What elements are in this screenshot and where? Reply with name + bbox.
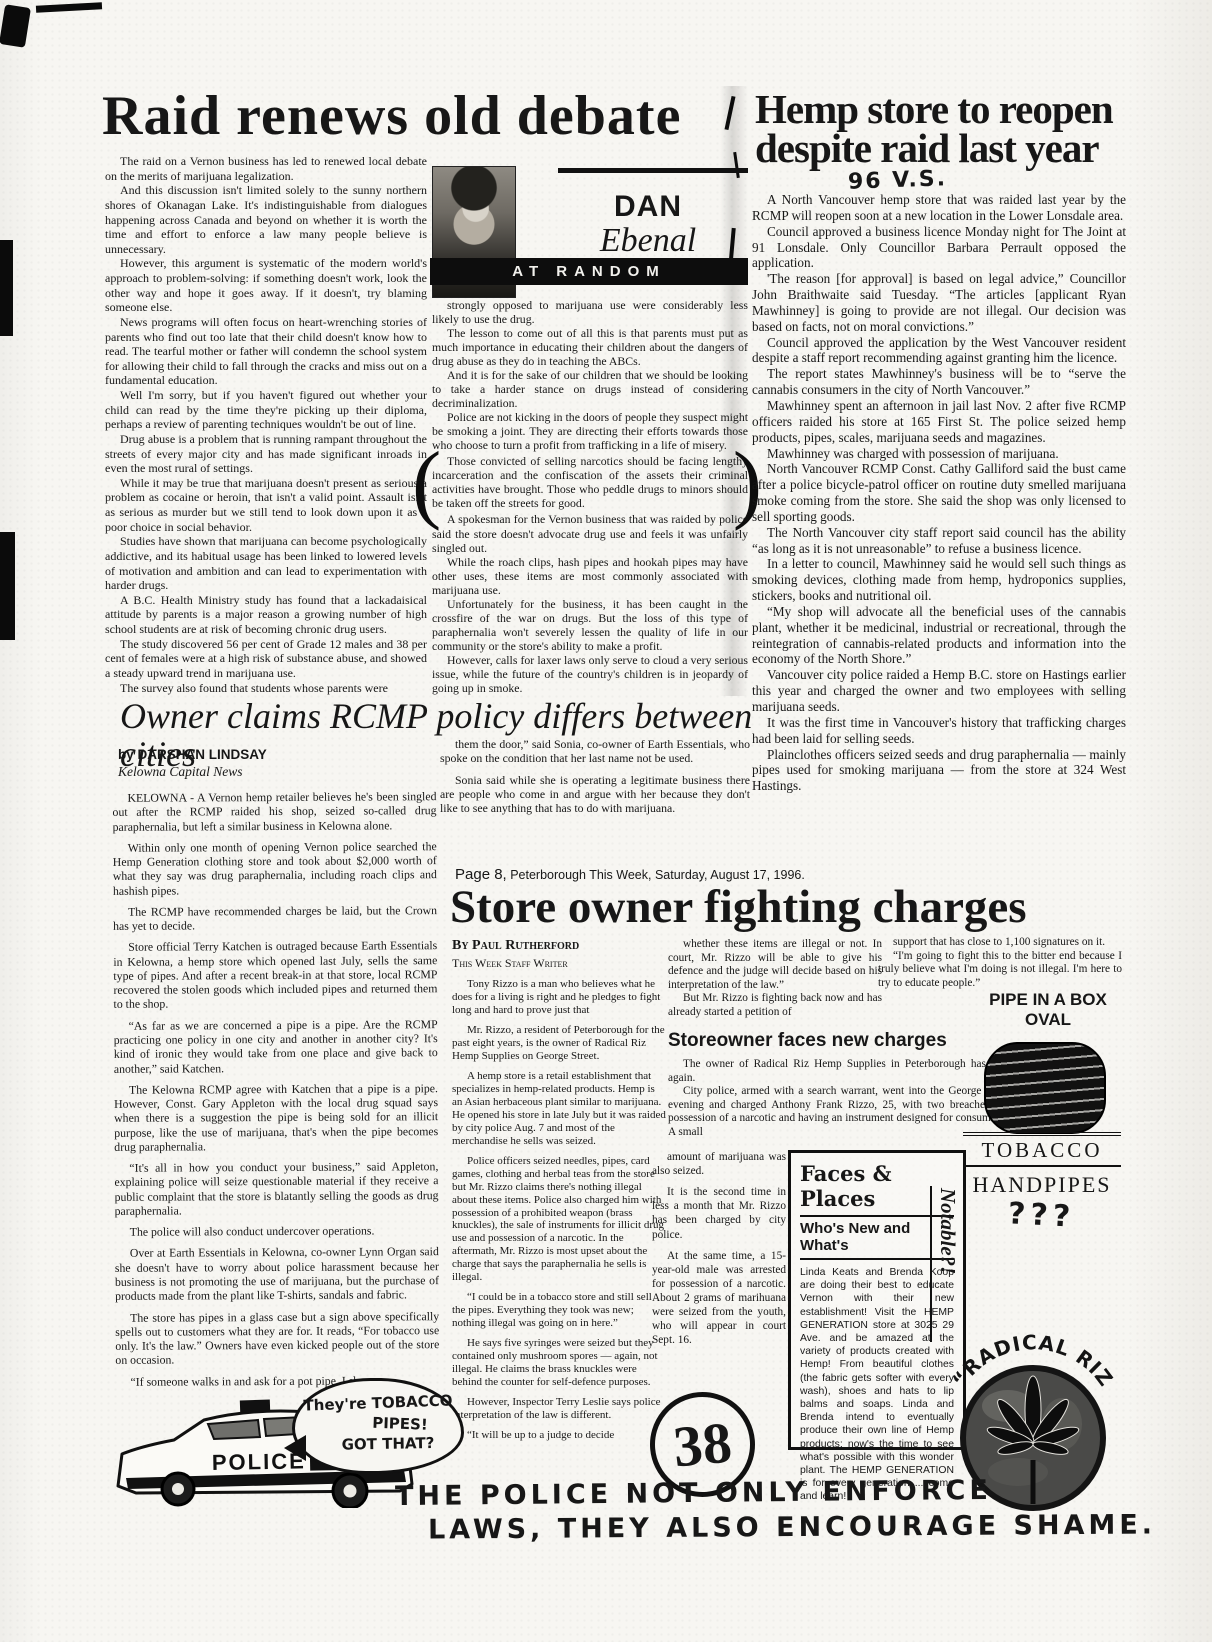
- hand-drawn-open-paren: (: [412, 440, 441, 528]
- at-random-column-banner: AT RANDOM: [430, 258, 748, 285]
- police-light-bar: [240, 1399, 270, 1412]
- paragraph: Unfortunately for the business, it has b…: [432, 597, 748, 653]
- paragraph: “As far as we are concerned a pipe is a …: [114, 1017, 438, 1076]
- paragraph: The lesson to come out of all this is th…: [432, 326, 748, 368]
- hemp-headline-line2: despite raid last year: [755, 129, 1135, 168]
- paragraph: support that has close to 1,100 signatur…: [878, 936, 1122, 950]
- raid-bracketed-passage: ( ) Those convicted of selling narcotics…: [432, 454, 748, 510]
- paragraph: A hemp store is a retail establishment t…: [452, 1070, 666, 1148]
- store-article-column-2: whether these items are illegal or not. …: [668, 938, 882, 1019]
- paragraph: The North Vancouver city staff report sa…: [752, 525, 1126, 557]
- paragraph: Over at Earth Essentials in Kelowna, co-…: [115, 1245, 439, 1304]
- paragraph: Police officers seized needles, pipes, c…: [452, 1155, 666, 1285]
- paragraph: Tony Rizzo is a man who believes what he…: [452, 978, 666, 1017]
- columnist-rule: [558, 168, 748, 173]
- paragraph: Police are not kicking in the doors of p…: [432, 410, 748, 452]
- paragraph: It is the second time in less a month th…: [652, 1185, 786, 1241]
- store-article-byline: By Paul Rutherford: [452, 938, 579, 954]
- hemp-article-headline: Hemp store to reopen despite raid last y…: [755, 90, 1135, 168]
- store-article-headline: Store owner fighting charges: [450, 884, 1125, 931]
- paragraph: The survey also found that students whos…: [105, 681, 427, 696]
- paragraph: “I could be in a tobacco store and still…: [452, 1291, 666, 1330]
- paragraph: KELOWNA - A Vernon hemp retailer believe…: [112, 789, 436, 833]
- pipe-in-a-box-label: PIPE IN A BOX OVAL: [972, 990, 1124, 1030]
- question-marks-annotation: ???: [1007, 1196, 1076, 1234]
- paragraph: However, this argument is systematic of …: [105, 256, 427, 315]
- handwritten-bottom-line2: LAWS, THEY ALSO ENCOURAGE SHAME.: [428, 1509, 1156, 1545]
- handwritten-year-note: 96 V.S.: [848, 166, 948, 194]
- paragraph: In a letter to council, Mawhinney said h…: [752, 556, 1126, 604]
- paragraph: He says five syringes were seized but th…: [452, 1337, 666, 1389]
- paragraph: Within only one month of opening Vernon …: [113, 839, 437, 898]
- paragraph: them the door,” said Sonia, co-owner of …: [440, 737, 750, 766]
- columnist-last-name: Ebenal: [548, 222, 748, 260]
- newspaper-scan-page: Raid renews old debate The raid on a Ver…: [0, 0, 1212, 1642]
- raid-article-column-1: The raid on a Vernon business has led to…: [105, 154, 427, 695]
- speech-bubble-tail: [271, 1435, 306, 1461]
- scan-ink-artifact: [0, 4, 31, 48]
- store-article-column-1: Tony Rizzo is a man who believes what he…: [452, 978, 666, 1449]
- paragraph: However, Inspector Terry Leslie says pol…: [452, 1396, 666, 1422]
- paragraph: North Vancouver RCMP Const. Cathy Gallif…: [752, 461, 1126, 524]
- hemp-headline-line1: Hemp store to reopen: [755, 90, 1135, 129]
- paragraph: Council approved a business licence Mond…: [752, 224, 1126, 272]
- paragraph: amount of marijuana was also seized.: [652, 1150, 786, 1178]
- paragraph: The study discovered 56 per cent of Grad…: [105, 637, 427, 681]
- raid-article-column-2-top: strongly opposed to marijuana use were c…: [432, 298, 748, 452]
- paragraph: Drug abuse is a problem that is running …: [105, 432, 427, 476]
- paragraph: While it may be true that marijuana does…: [105, 476, 427, 535]
- paragraph: But Mr. Rizzo is fighting back now and h…: [668, 992, 882, 1019]
- scan-ink-artifact: [36, 2, 102, 12]
- paragraph: “I'm going to fight this to the bitter e…: [878, 950, 1122, 991]
- paragraph: While the roach clips, hash pipes and ho…: [432, 555, 748, 597]
- paragraph: Mawhinney was charged with possession of…: [752, 446, 1126, 462]
- paragraph: News programs will often focus on heart-…: [105, 315, 427, 388]
- paragraph: The raid on a Vernon business has led to…: [105, 154, 427, 183]
- handpipes-label: HANDPIPES: [957, 1170, 1127, 1198]
- raid-article-column-2-bottom: A spokesman for the Vernon business that…: [432, 512, 748, 694]
- paragraph: And it is for the sake of our children t…: [432, 368, 748, 410]
- paragraph: Mr. Rizzo, a resident of Peterborough fo…: [452, 1024, 666, 1063]
- paragraph: A spokesman for the Vernon business that…: [432, 512, 748, 554]
- pipe-label-line2: OVAL: [972, 1010, 1124, 1030]
- paragraph: “My shop will advocate all the beneficia…: [752, 604, 1126, 667]
- store-article-column-3: support that has close to 1,100 signatur…: [878, 936, 1122, 990]
- paragraph: The police will also conduct undercover …: [115, 1223, 439, 1239]
- paragraph: Council approved the application by the …: [752, 335, 1126, 367]
- hemp-article-body: A North Vancouver hemp store that was ra…: [752, 192, 1126, 794]
- owner-article-byline: by DARSHAN LINDSAY: [118, 747, 267, 762]
- handwritten-bottom-line1: THE POLICE NOT ONLY ENFORCE: [395, 1475, 992, 1512]
- columnist-first-name: DAN: [548, 190, 748, 224]
- paragraph: Studies have shown that marijuana can be…: [105, 534, 427, 593]
- store-article-byline2: This Week Staff Writer: [452, 956, 568, 971]
- speech-bubble: They're TOBACCO PIPES! GOT THAT?: [292, 1378, 464, 1474]
- owner-article-column-1: KELOWNA - A Vernon hemp retailer believe…: [112, 789, 439, 1396]
- paragraph: Those convicted of selling narcotics sho…: [432, 454, 748, 510]
- paragraph: Vancouver city police raided a Hemp B.C.…: [752, 667, 1126, 715]
- paragraph: The Kelowna RCMP agree with Katchen that…: [114, 1081, 438, 1154]
- paragraph: Mawhinney spent an afternoon in jail las…: [752, 398, 1126, 446]
- paragraph: Well I'm sorry, but if you haven't figur…: [105, 388, 427, 432]
- paragraph: strongly opposed to marijuana use were c…: [432, 298, 748, 326]
- raid-article-headline: Raid renews old debate: [102, 88, 727, 144]
- paragraph: Plainclothes officers seized seeds and d…: [752, 747, 1126, 795]
- paragraph: “It will be up to a judge to decide: [452, 1429, 666, 1442]
- scan-ink-artifact: [0, 532, 15, 640]
- paragraph: The report states Mawhinney's business w…: [752, 366, 1126, 398]
- paragraph: “It's all in how you conduct your busine…: [114, 1159, 438, 1218]
- pipe-label-line1: PIPE IN A BOX: [972, 990, 1124, 1010]
- paragraph: 'The reason [for approval] is based on l…: [752, 271, 1126, 334]
- paragraph: The RCMP have recommended charges be lai…: [113, 903, 437, 933]
- paragraph: It was the first time in Vancouver's his…: [752, 715, 1126, 747]
- paragraph: A North Vancouver hemp store that was ra…: [752, 192, 1126, 224]
- pipe-box-graphic: [984, 1042, 1106, 1134]
- credit-publication: Peterborough This Week, Saturday, August…: [507, 868, 805, 882]
- storeowner-narrow-column: amount of marijuana was also seized.It i…: [652, 1150, 786, 1354]
- paragraph: A B.C. Health Ministry study has found t…: [105, 593, 427, 637]
- storeowner-subhead: Storeowner faces new charges: [668, 1030, 1013, 1052]
- tobacco-label: TOBACCO: [963, 1132, 1121, 1167]
- paragraph: Sonia said while she is operating a legi…: [440, 773, 750, 816]
- paragraph: However, calls for laxer laws only serve…: [432, 653, 748, 695]
- paragraph: Store official Terry Katchen is outraged…: [113, 939, 437, 1012]
- speech-line3: GOT THAT?: [305, 1432, 471, 1455]
- paragraph: The store has pipes in a glass case but …: [115, 1309, 439, 1368]
- paragraph: And this discussion isn't limited solely…: [105, 183, 427, 256]
- owner-article-credit: Kelowna Capital News: [118, 764, 243, 780]
- paragraph: At the same time, a 15-year-old male was…: [652, 1249, 786, 1348]
- owner-article-column-2: them the door,” said Sonia, co-owner of …: [440, 737, 750, 822]
- paragraph: whether these items are illegal or not. …: [668, 938, 882, 992]
- scan-ink-artifact: [0, 240, 13, 336]
